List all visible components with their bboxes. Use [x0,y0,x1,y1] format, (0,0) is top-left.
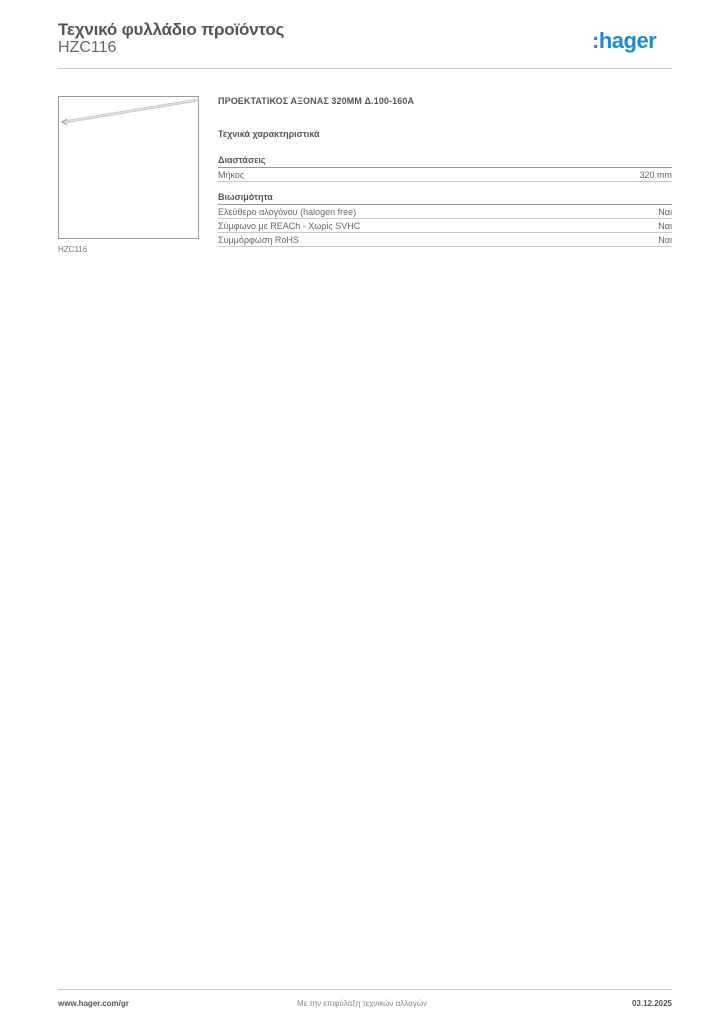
spec-row: Συμμόρφωση RoHS Ναι [218,233,672,247]
product-code: HZC116 [58,39,116,57]
header-divider [58,68,672,69]
spec-value: 320 mm [639,169,672,181]
product-name: ΠΡΟΕΚΤΑΤΙΚΟΣ ΑΞΟΝΑΣ 320MM Δ.100-160A [218,96,672,110]
spec-group-sustainability: Βιωσιμότητα Ελεύθερο αλογόνου (halogen f… [218,192,672,247]
logo-text: hager [599,28,656,53]
group-title: Βιωσιμότητα [218,192,672,205]
spec-value: Ναι [658,234,672,246]
group-title: Διαστάσεις [218,155,672,168]
specifications-panel: ΠΡΟΕΚΤΑΤΙΚΟΣ ΑΞΟΝΑΣ 320MM Δ.100-160A Τεχ… [218,96,672,247]
product-image [58,96,199,239]
spec-value: Ναι [658,206,672,218]
section-title: Τεχνικά χαρακτηριστικά [218,129,672,143]
spec-group-dimensions: Διαστάσεις Μήκος 320 mm [218,155,672,182]
extension-shaft-icon [59,97,200,240]
spec-row: Μήκος 320 mm [218,168,672,182]
footer-divider [58,989,672,990]
logo-prefix: : [592,28,599,53]
image-caption: HZC116 [58,245,87,254]
spec-label: Μήκος [218,169,244,181]
spec-row: Σύμφωνο με REACh - Χωρίς SVHC Ναι [218,219,672,233]
spec-label: Σύμφωνο με REACh - Χωρίς SVHC [218,220,360,232]
document-title: Τεχνικό φυλλάδιο προϊόντος [58,20,284,40]
disclaimer: Με την επιφύλαξη τεχνικών αλλαγών [0,999,724,1008]
spec-label: Συμμόρφωση RoHS [218,234,299,246]
spec-row: Ελεύθερο αλογόνου (halogen free) Ναι [218,205,672,219]
spec-label: Ελεύθερο αλογόνου (halogen free) [218,206,356,218]
spec-value: Ναι [658,220,672,232]
hager-logo: :hager [592,28,656,54]
document-date: 03.12.2025 [632,999,672,1008]
